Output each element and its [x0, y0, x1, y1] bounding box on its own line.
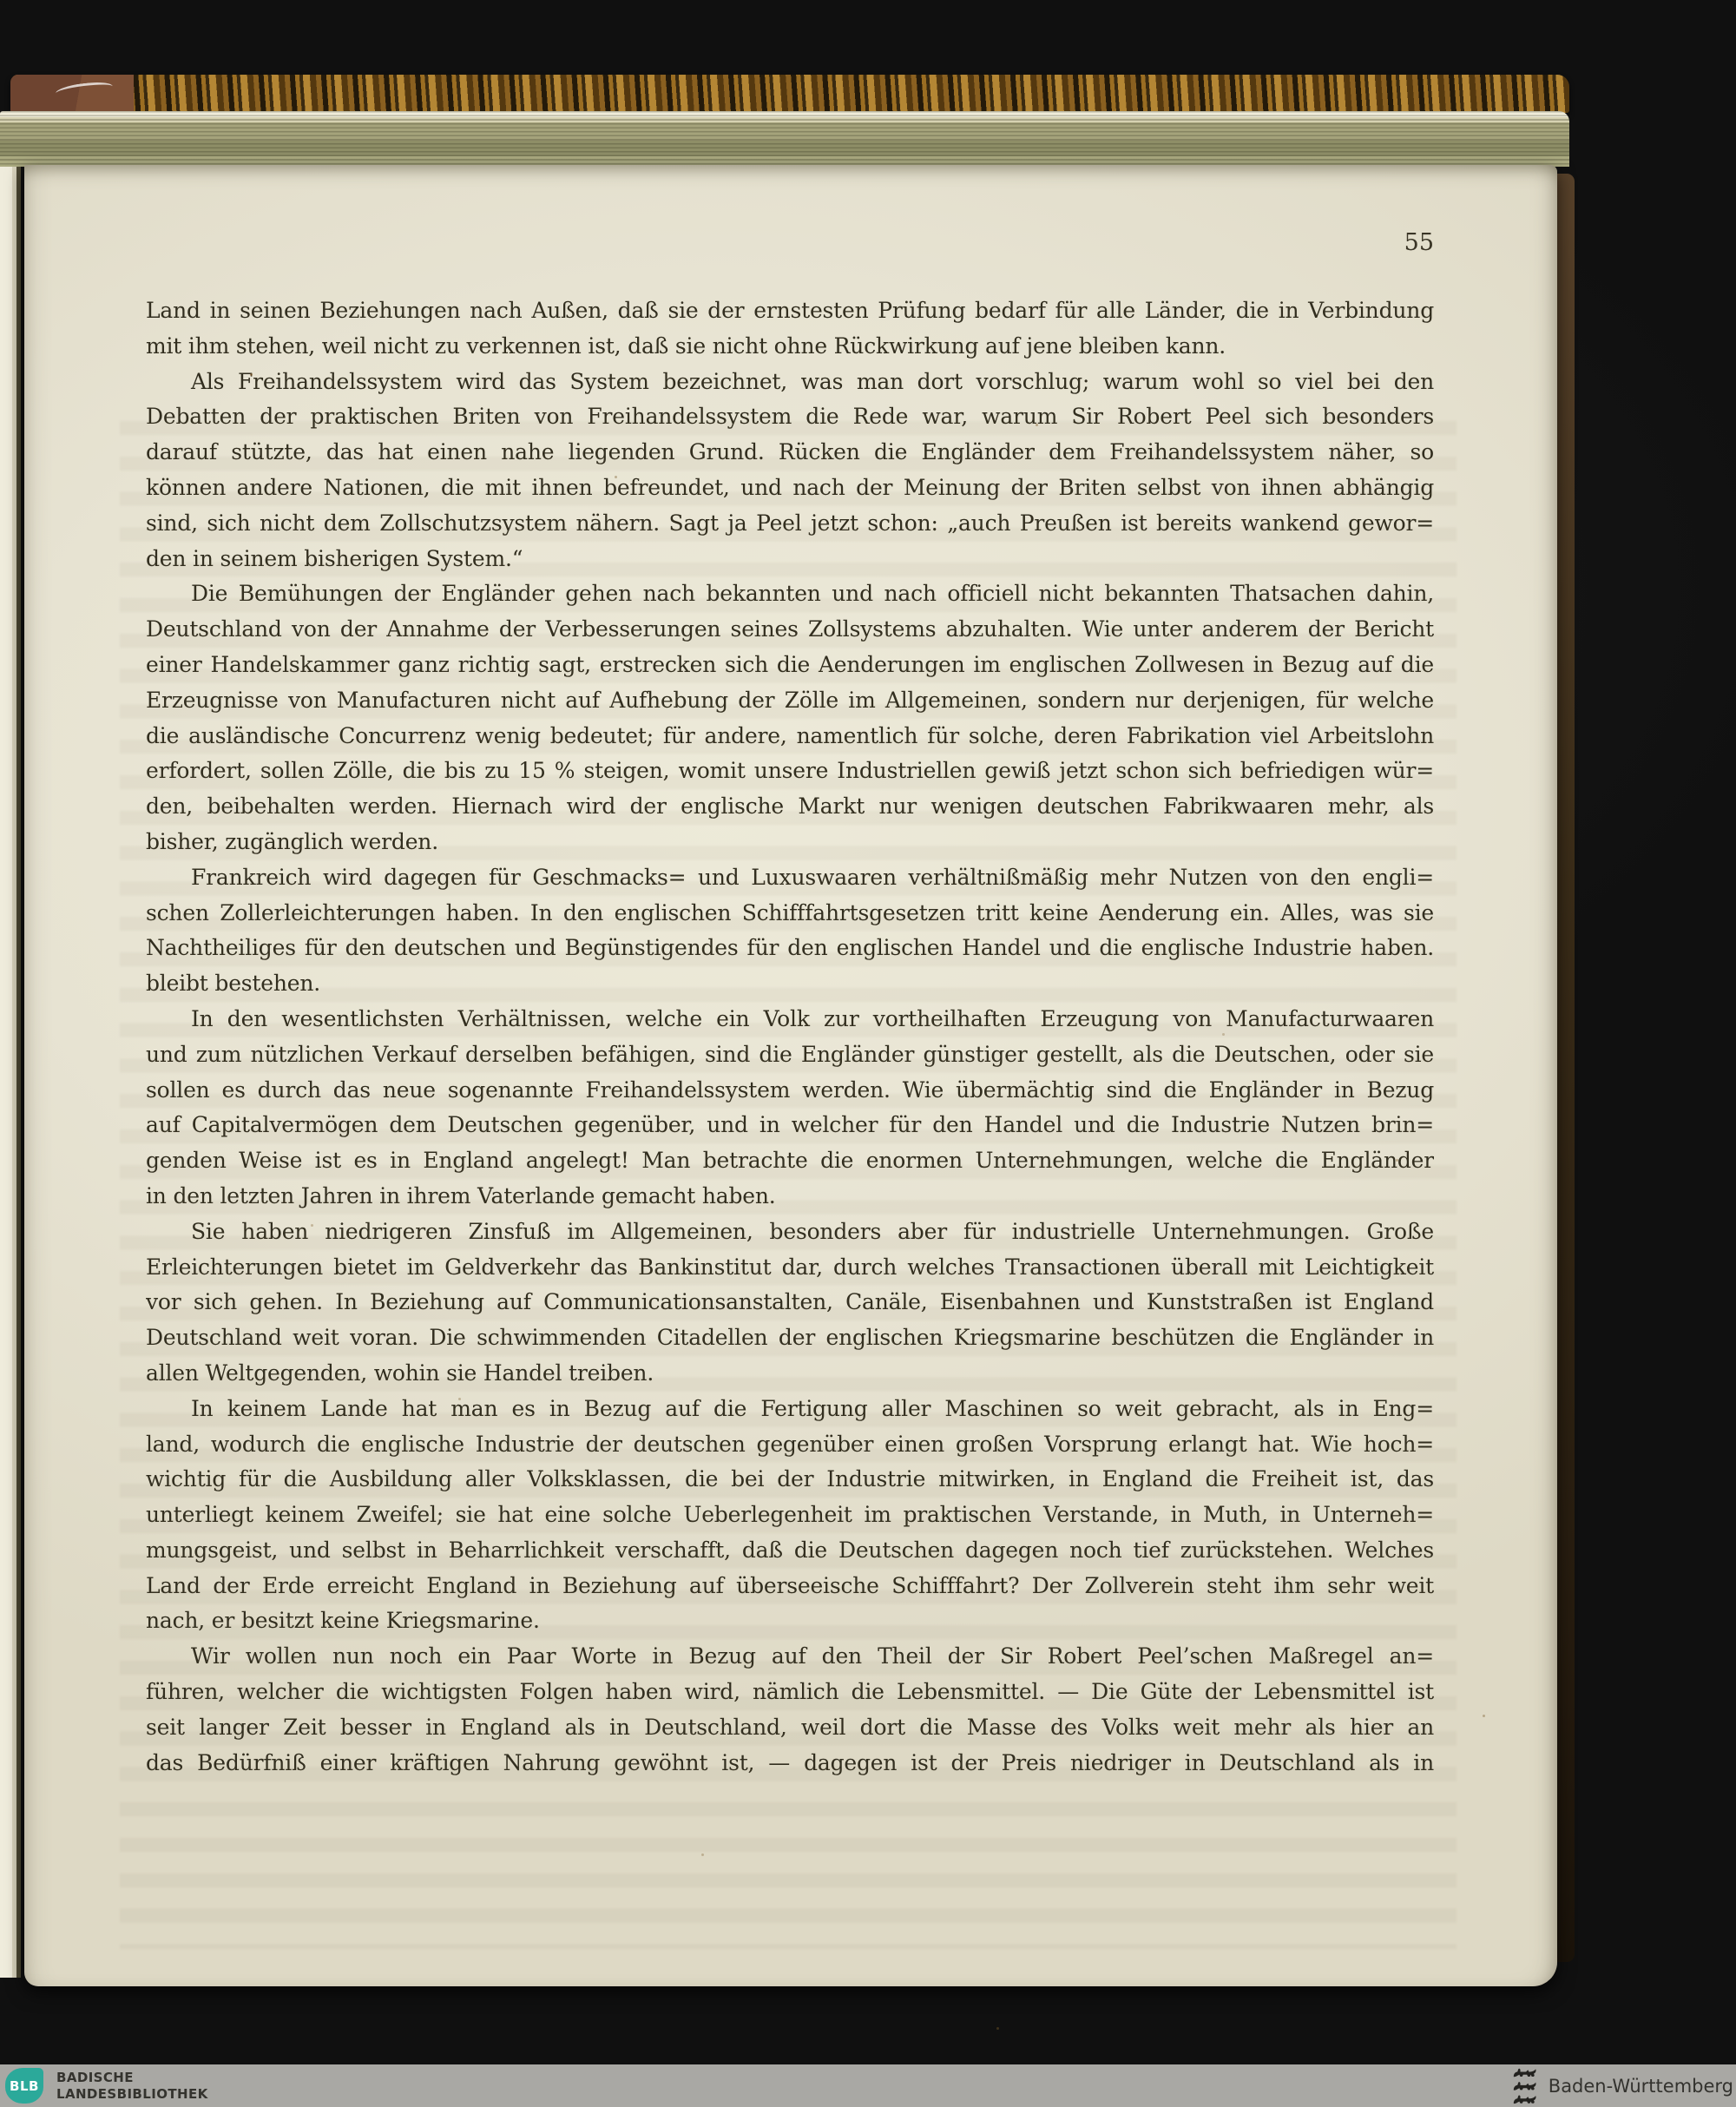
paragraph: Land in seinen Beziehungen nach Außen, d… — [146, 293, 1434, 365]
paragraph: Sie haben niedrigeren Zinsfuß im Allgeme… — [146, 1215, 1434, 1392]
text-line: bleibt bestehen. — [146, 966, 1434, 1002]
book-pages-top-edge — [0, 111, 1569, 167]
text-line: Nachtheiliges für den deutschen und Begü… — [146, 931, 1434, 966]
text-line: mungsgeist, und selbst in Beharrlichkeit… — [146, 1533, 1434, 1569]
text-line: Land der Erde erreicht England in Bezieh… — [146, 1569, 1434, 1604]
text-line: Als Freihandelssystem wird das System be… — [146, 365, 1434, 400]
paragraph: Die Bemühungen der Engländer gehen nach … — [146, 576, 1434, 859]
book-pages-left-edge — [0, 167, 21, 1978]
text-line: die ausländische Concurrenz wenig bedeut… — [146, 719, 1434, 754]
scan-background: 55 Land in seinen Beziehungen nach Außen… — [0, 0, 1736, 2107]
text-line: einer Handelskammer ganz richtig sagt, e… — [146, 648, 1434, 683]
text-line: Wir wollen nun noch ein Paar Worte in Be… — [146, 1639, 1434, 1675]
paragraph: Wir wollen nun noch ein Paar Worte in Be… — [146, 1639, 1434, 1781]
blb-badge-icon: BLB — [5, 2068, 43, 2104]
text-line: allen Weltgegenden, wohin sie Handel tre… — [146, 1356, 1434, 1392]
book-cover-top-edge — [10, 75, 1569, 113]
text-line: das Bedürfniß einer kräftigen Nahrung ge… — [146, 1746, 1434, 1781]
text-line: Erleichterungen bietet im Geldverkehr da… — [146, 1250, 1434, 1286]
text-line: Debatten der praktischen Briten von Frei… — [146, 399, 1434, 435]
text-line: Deutschland von der Annahme der Verbesse… — [146, 612, 1434, 648]
text-line: mit ihm stehen, weil nicht zu verkennen … — [146, 329, 1434, 365]
text-line: sollen es durch das neue sogenannte Frei… — [146, 1073, 1434, 1109]
baden-wuerttemberg-lions-icon — [1512, 2067, 1538, 2105]
text-line: in den letzten Jahren in ihrem Vaterland… — [146, 1179, 1434, 1215]
blb-logo: BLB BADISCHE LANDESBIBLIOTHEK — [0, 2068, 208, 2104]
baden-wuerttemberg-logo: Baden-Württemberg — [1512, 2067, 1736, 2105]
text-line: führen, welcher die wichtigsten Folgen h… — [146, 1675, 1434, 1710]
library-name-line1: BADISCHE — [56, 2070, 208, 2086]
text-line: seit langer Zeit besser in England als i… — [146, 1710, 1434, 1746]
text-line: bisher, zugänglich werden. — [146, 825, 1434, 860]
text-line: Frankreich wird dagegen für Geschmacks= … — [146, 860, 1434, 896]
text-line: können andere Nationen, die mit ihnen be… — [146, 471, 1434, 506]
text-line: unterliegt keinem Zweifel; sie hat eine … — [146, 1498, 1434, 1533]
text-line: vor sich gehen. In Beziehung auf Communi… — [146, 1285, 1434, 1320]
paragraph: In keinem Lande hat man es in Bezug auf … — [146, 1392, 1434, 1640]
text-line: Land in seinen Beziehungen nach Außen, d… — [146, 293, 1434, 329]
blb-acronym: BLB — [10, 2078, 39, 2094]
text-line: genden Weise ist es in England angelegt!… — [146, 1143, 1434, 1179]
text-line: Sie haben niedrigeren Zinsfuß im Allgeme… — [146, 1215, 1434, 1250]
paragraph: In den wesentlichsten Verhältnissen, wel… — [146, 1002, 1434, 1215]
text-line: sind, sich nicht dem Zollschutzsystem nä… — [146, 506, 1434, 542]
text-line: nach, er besitzt keine Kriegsmarine. — [146, 1603, 1434, 1639]
text-line: wichtig für die Ausbildung aller Volkskl… — [146, 1462, 1434, 1498]
page-number: 55 — [146, 229, 1434, 256]
library-name-line2: LANDESBIBLIOTHEK — [56, 2086, 208, 2103]
book-page: 55 Land in seinen Beziehungen nach Außen… — [24, 165, 1557, 1986]
text-line: Deutschland weit voran. Die schwimmenden… — [146, 1320, 1434, 1356]
text-line: auf Capitalvermögen dem Deutschen gegenü… — [146, 1108, 1434, 1143]
paragraph: Als Freihandelssystem wird das System be… — [146, 365, 1434, 577]
text-line: In den wesentlichsten Verhältnissen, wel… — [146, 1002, 1434, 1037]
text-line: und zum nützlichen Verkauf derselben bef… — [146, 1037, 1434, 1073]
text-line: Erzeugnisse von Manufacturen nicht auf A… — [146, 683, 1434, 719]
state-label: Baden-Württemberg — [1549, 2076, 1733, 2097]
paragraph: Frankreich wird dagegen für Geschmacks= … — [146, 860, 1434, 1002]
text-line: erfordert, sollen Zölle, die bis zu 15 %… — [146, 754, 1434, 789]
text-line: Die Bemühungen der Engländer gehen nach … — [146, 576, 1434, 612]
text-line: land, wodurch die englische Industrie de… — [146, 1427, 1434, 1463]
text-line: darauf stützte, das hat einen nahe liege… — [146, 435, 1434, 471]
library-name: BADISCHE LANDESBIBLIOTHEK — [56, 2070, 208, 2103]
viewer-footer-bar: BLB BADISCHE LANDESBIBLIOTHEK Baden-Würt… — [0, 2064, 1736, 2107]
text-line: schen Zollerleichterungen haben. In den … — [146, 896, 1434, 932]
text-line: den, beibehalten werden. Hiernach wird d… — [146, 789, 1434, 825]
page-text: Land in seinen Beziehungen nach Außen, d… — [146, 293, 1434, 1781]
text-line: den in seinem bisherigen System.“ — [146, 542, 1434, 577]
text-line: In keinem Lande hat man es in Bezug auf … — [146, 1392, 1434, 1427]
